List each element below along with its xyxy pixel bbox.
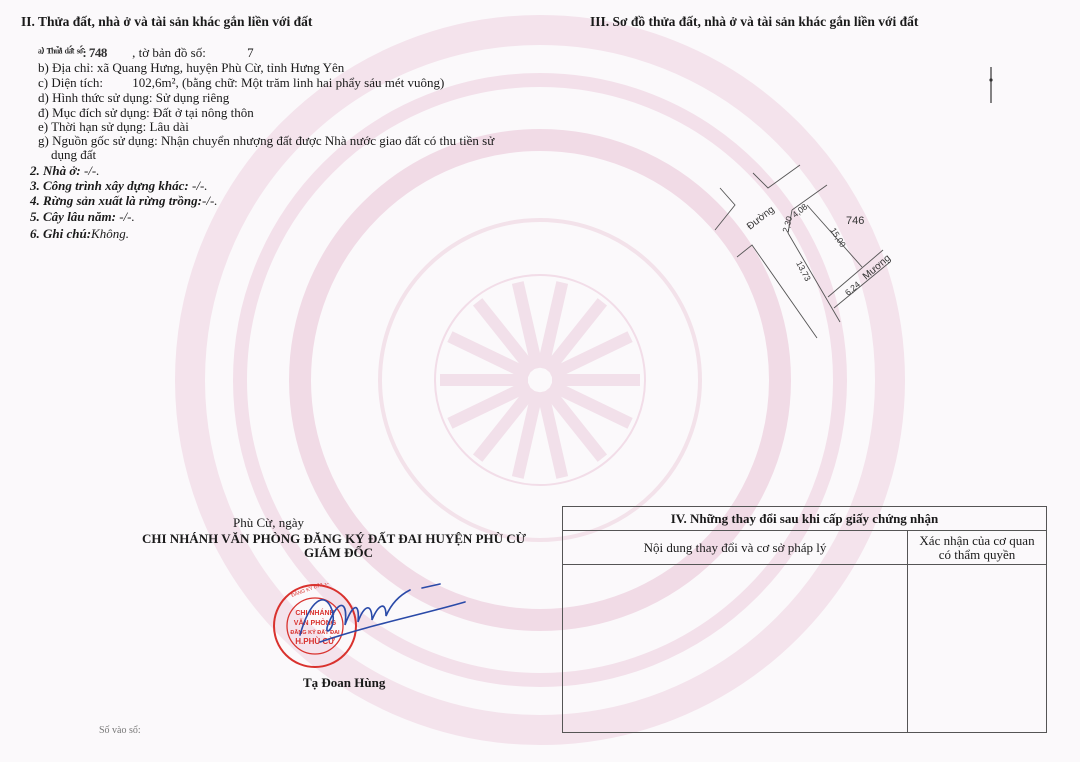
area-label: c) Diện tích: bbox=[38, 75, 103, 90]
register-entry-label: Số vào sổ: bbox=[99, 725, 141, 736]
edge-label-2-30: 2,30 bbox=[780, 215, 794, 234]
signer-name: Tạ Đoan Hùng bbox=[303, 675, 385, 691]
place-date: Phù Cừ, ngày bbox=[233, 515, 304, 531]
item-other-construction: 3. Công trình xây dựng khác: -/-. bbox=[30, 178, 208, 194]
section3-title: III. Sơ đồ thửa đất, nhà ở và tài sản kh… bbox=[590, 14, 918, 30]
map-sheet-label: , tờ bản đồ số: bbox=[132, 45, 206, 60]
item-house: 2. Nhà ở: -/-. bbox=[30, 163, 99, 179]
edge-label-13-73: 13,73 bbox=[794, 259, 813, 283]
edge-label-4-08: 4,08 bbox=[790, 201, 809, 219]
parcel-number-value: ᵃ⁾ ᵀʰᵘ̛̉ᵃ ᵈᵃ̂́ᵗ ˢᵒ̂́: 748 bbox=[38, 45, 107, 60]
signature-scribble bbox=[290, 580, 470, 650]
origin-line-2: dụng đất bbox=[51, 147, 96, 163]
change-content-cell[interactable] bbox=[563, 565, 908, 733]
area-row: c) Diện tích: 102,6m², (bằng chữ: Một tr… bbox=[38, 75, 444, 91]
col-change-content: Nội dung thay đổi và cơ sở pháp lý bbox=[563, 531, 908, 565]
map-sheet-value: 7 bbox=[247, 45, 254, 60]
item-note: 6. Ghi chú:Không. bbox=[30, 226, 129, 242]
authority-confirmation-cell[interactable] bbox=[908, 565, 1047, 733]
parcel-sketch: Đường 4,08 2,30 746 15,00 13,73 6,24 Mươ… bbox=[700, 150, 920, 350]
parcel-diagram: Đường 4,08 2,30 746 15,00 13,73 6,24 Mươ… bbox=[700, 150, 920, 350]
origin-line-1: g) Nguồn gốc sử dụng: Nhận chuyển nhượng… bbox=[38, 133, 494, 149]
section4-title: IV. Những thay đổi sau khi cấp giấy chứn… bbox=[563, 507, 1047, 531]
usage-form: d) Hình thức sử dụng: Sử dụng riêng bbox=[38, 90, 229, 106]
col-authority-confirmation: Xác nhận của cơ quan có thẩm quyền bbox=[908, 531, 1047, 565]
edge-label-15-00: 15,00 bbox=[828, 226, 848, 250]
canal-label: Mương bbox=[861, 253, 893, 282]
north-arrow-icon bbox=[985, 65, 997, 105]
item-perennial: 5. Cây lâu năm: -/-. bbox=[30, 209, 135, 225]
area-value: 102,6m², (bằng chữ: Một trăm linh hai ph… bbox=[132, 75, 444, 90]
signer-role: GIÁM ĐỐC bbox=[304, 545, 373, 561]
road-label: Đường bbox=[745, 204, 777, 232]
parcel-number-row: ᵃ⁾ ᵀʰᵘ̛̉ᵃ ᵈᵃ̂́ᵗ ˢᵒ̂́: 748 , tờ bản đồ số… bbox=[38, 45, 254, 61]
address: b) Địa chỉ: xã Quang Hưng, huyện Phù Cừ,… bbox=[38, 60, 344, 76]
neighbor-parcel-label: 746 bbox=[846, 215, 864, 227]
item-forest: 4. Rừng sản xuất là rừng trồng:-/-. bbox=[30, 193, 218, 209]
changes-table: IV. Những thay đổi sau khi cấp giấy chứn… bbox=[562, 506, 1047, 733]
section2-title: II. Thửa đất, nhà ở và tài sản khác gắn … bbox=[21, 14, 312, 30]
